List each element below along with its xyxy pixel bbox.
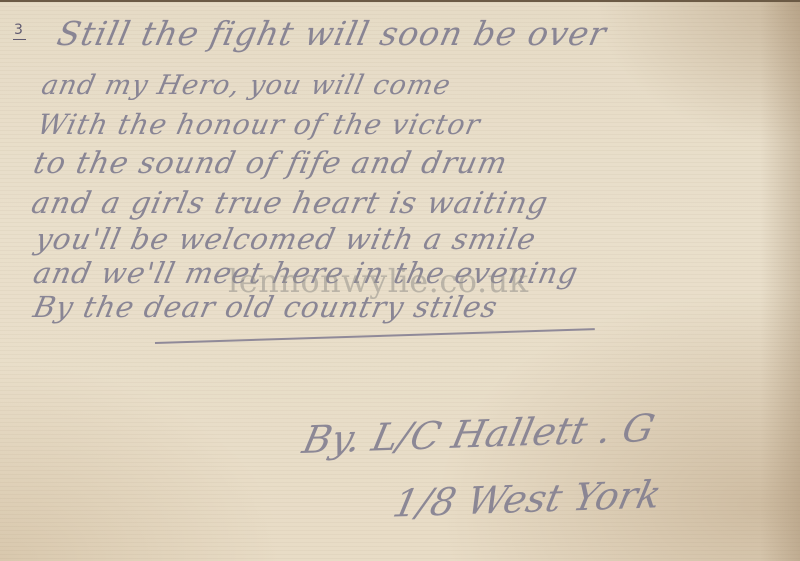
verse-number: 3 [13,22,26,40]
poem-line-5: and a girls true heart is waiting [28,186,551,221]
watermark: lennonwylie.co.uk [228,262,529,300]
signature-unit: 1/8 West York [389,472,665,525]
signature-name: By. L/C Hallett . G [299,406,659,462]
poem-line-1: Still the fight will soon be over [54,14,611,53]
underline-divider [155,328,595,344]
poem-line-4: to the sound of fife and drum [30,146,511,181]
page-edge-shading [760,2,800,561]
poem-line-2: and my Hero, you will come [39,70,454,101]
handwritten-page: 3 Still the fight will soon be over and … [0,0,800,561]
poem-line-6: you'll be welcomed with a smile [32,222,539,256]
poem-line-3: With the honour of the victor [34,108,483,141]
